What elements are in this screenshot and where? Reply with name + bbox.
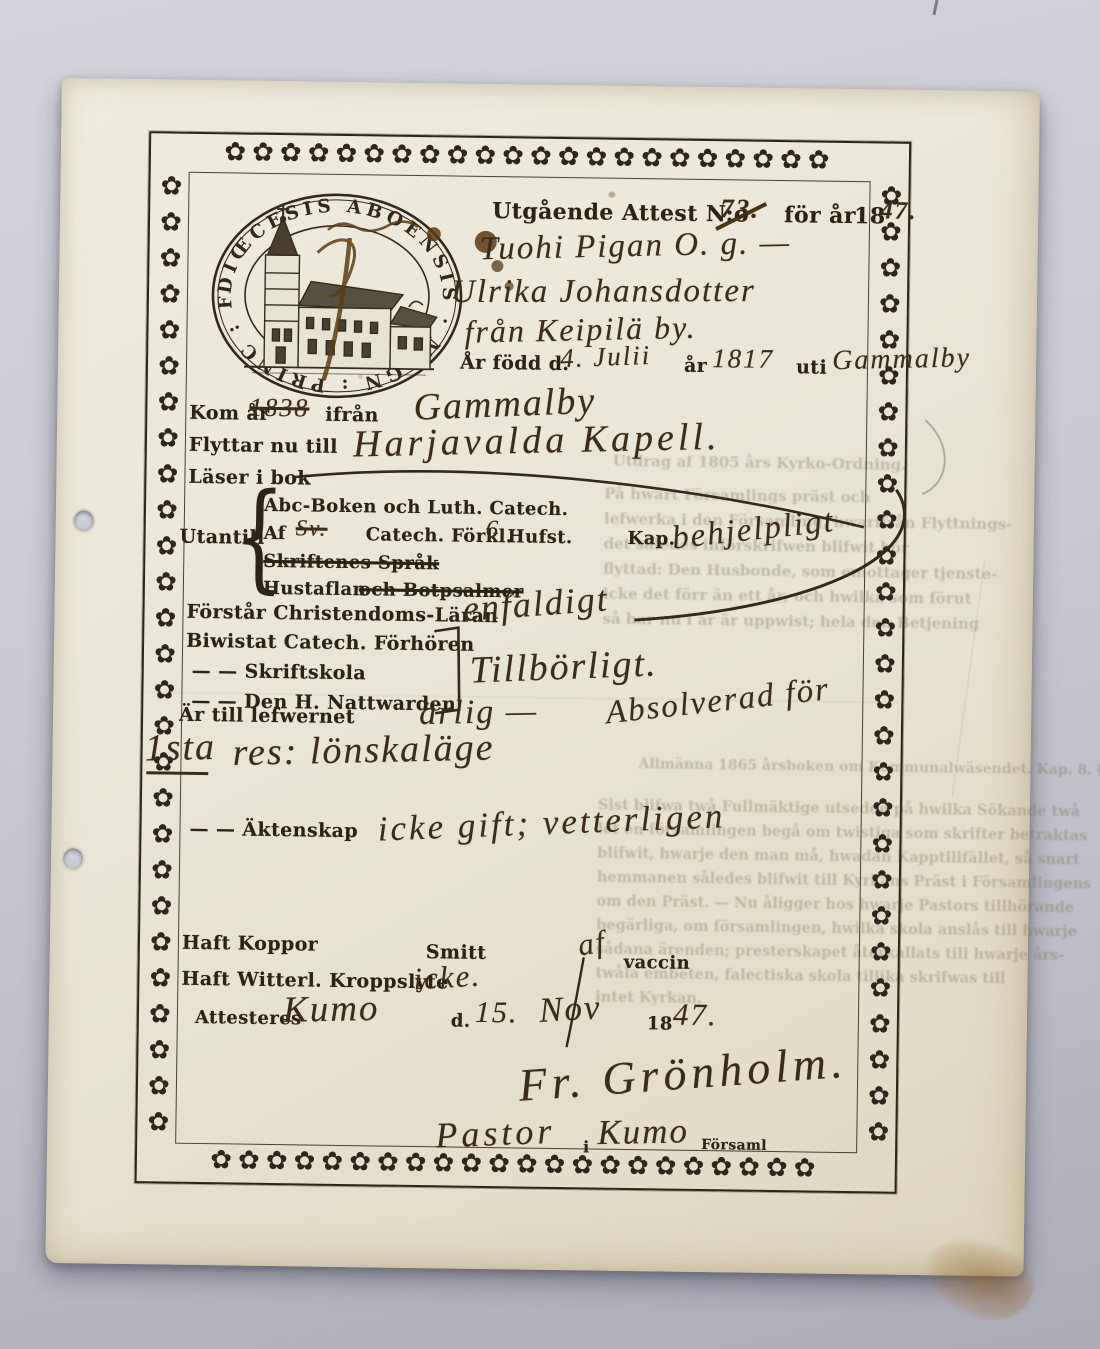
diocese-seal: DIŒCESIS ABOENSIS · MAGN : PRINC : FINL … [185, 176, 488, 418]
conduct-value-c2: res: lönskaläge [232, 726, 495, 775]
utantill-row-3: Skriftenes Språk [263, 551, 439, 574]
fox-spot [608, 192, 615, 198]
corner-stain [912, 1221, 1044, 1336]
utantill-row2-af: Af [264, 523, 286, 544]
came-year: 1838 [249, 393, 309, 424]
signature-title: Pastor [435, 1110, 557, 1157]
born-year: 1817 [712, 343, 774, 375]
attestation-d-label: d. [451, 1011, 471, 1032]
document-paper: Utdrag af 1805 års Kyrko-Ordning. På hwa… [45, 78, 1039, 1277]
pox-label: Haft Koppor [182, 932, 319, 956]
born-label: År född d. [460, 352, 570, 376]
border-rosette-row-top: ✿✿✿✿✿✿✿✿✿✿✿✿✿✿✿✿✿✿✿✿✿✿ [155, 135, 905, 181]
conduct-value-c1: 1sta [144, 725, 216, 770]
attended-label: Biwistat Catech. Förhören [186, 630, 475, 656]
born-ar-label: år [684, 355, 707, 377]
punch-hole-top [74, 510, 94, 531]
moving-label: Flyttar nu till [189, 434, 338, 458]
utantill-row-4: Hustaflan [263, 578, 366, 600]
utantill-row2-kap: Kap. [627, 528, 675, 550]
born-day-month: 4. Julii [560, 340, 652, 374]
vaccin-label: vaccin [624, 952, 691, 974]
school-label: — — Skriftskola [192, 660, 367, 684]
border-rosette-col-left: ✿✿✿✿✿✿✿✿✿✿✿✿✿✿✿✿✿✿✿✿✿✿✿✿✿✿✿✿✿ [138, 171, 188, 1143]
born-uti-label: uti [796, 356, 827, 378]
signature-congregation: Församl [701, 1137, 767, 1154]
moving-value: Harjavalda Kapell. [353, 415, 721, 467]
af-script: af [575, 923, 609, 963]
attest-for-ar: för år [784, 202, 856, 229]
attest-header-label: Utgående Attest N:o [492, 198, 749, 228]
attest-year-script: 47. [880, 197, 918, 226]
backdrop-speck [932, 0, 938, 15]
attestation-month: Nov [538, 987, 603, 1030]
attestation-place: Kumo [283, 987, 380, 1032]
punch-hole-bottom [63, 848, 83, 869]
attestation-year-printed: 18 [647, 1013, 673, 1034]
recipient-line-1: Tuohi Pigan O. g. — [479, 225, 791, 269]
marriage-label: — — Äktenskap [189, 818, 358, 842]
understands-label: Förstår Christendoms-Läran [186, 601, 498, 627]
utantill-label: Utantill [179, 526, 264, 549]
catechism-joint-value: Tillbörligt. [469, 641, 658, 692]
attestation-year-script: 47. [673, 997, 718, 1034]
recipient-line-2: Ulrika Johansdotter [451, 273, 756, 311]
signature-place: Kumo [597, 1111, 689, 1153]
utantill-row2-num: 6 [486, 516, 501, 544]
defect-value: icke. [413, 958, 483, 998]
utantill-row2-struck: Sv. [296, 515, 328, 541]
attest-number: 73. [720, 193, 760, 225]
signature-i-label: i [583, 1137, 590, 1156]
attestation-day: 15. [475, 996, 519, 1031]
fox-spot [358, 374, 363, 379]
photo-backdrop: Utdrag af 1805 års Kyrko-Ordning. På hwa… [0, 0, 1100, 1349]
utantill-row2-hufst: Hufst. [507, 526, 572, 548]
born-place: Gammalby [832, 342, 972, 377]
